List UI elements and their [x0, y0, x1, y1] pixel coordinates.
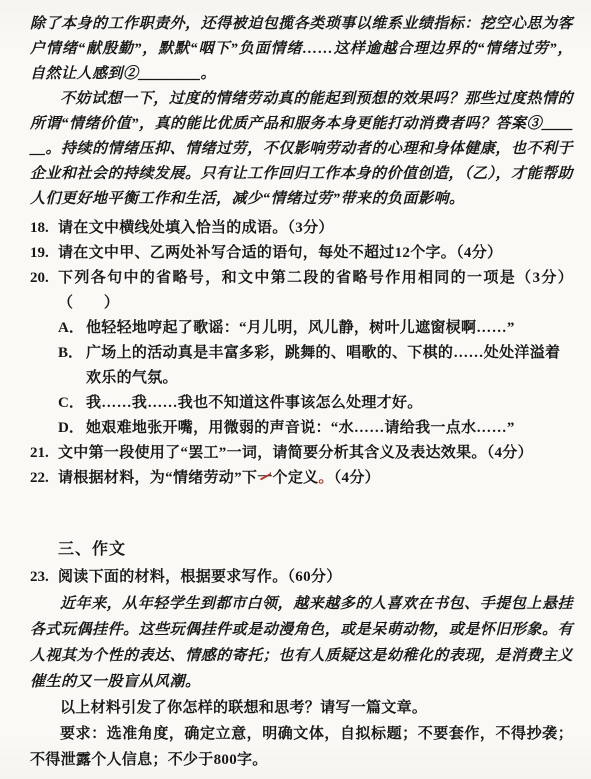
- question-19-text: 请在文中甲、乙两处补写合适的语句，每处不超过12个字。（4分）: [58, 241, 573, 266]
- option-a: A． 他轻轻地哼起了歌谣：“月儿明，风儿静，树叶儿遮窗棂啊……”: [58, 316, 573, 341]
- option-c-text: 我……我……我也不知道这件事该怎么处理才好。: [86, 391, 573, 416]
- option-a-text: 他轻轻地哼起了歌谣：“月儿明，风儿静，树叶儿遮窗棂啊……”: [86, 316, 573, 341]
- essay-section: 三、作文 23. 阅读下面的材料，根据要求写作。（60分） 近年来，从年轻学生到…: [30, 537, 573, 773]
- question-23: 23. 阅读下面的材料，根据要求写作。（60分）: [30, 565, 573, 590]
- question-18: 18. 请在文中横线处填入恰当的成语。（3分）: [30, 216, 573, 241]
- question-18-text: 请在文中横线处填入恰当的成语。（3分）: [58, 216, 573, 241]
- option-b-letter: B．: [58, 341, 86, 366]
- essay-prompt: 以上材料引发了你怎样的联想和思考？请写一篇文章。: [30, 695, 573, 721]
- question-22-text: 请根据材料，为“情绪劳动”下一个定义。（4分）: [58, 466, 573, 491]
- essay-material: 近年来，从年轻学生到都市白领，越来越多的人喜欢在书包、手提包上悬挂各式玩偶挂件。…: [30, 591, 573, 695]
- option-d-text: 她艰难地张开嘴，用微弱的声音说：“水……请给我一点水……”: [86, 416, 573, 441]
- option-a-letter: A．: [58, 316, 86, 341]
- question-21-number: 21.: [30, 441, 58, 466]
- essay-requirements: 要求：选准角度，确定立意，明确文体，自拟标题；不要套作，不得抄袭；不得泄露个人信…: [30, 721, 573, 773]
- option-b-text: 广场上的活动真是丰富多彩，跳舞的、唱歌的、下棋的……处处洋溢着欢乐的气氛。: [86, 341, 573, 391]
- passage-paragraph-2: 不妨试想一下，过度的情绪劳动真的能起到预想的效果吗？那些过度热情的所谓“情绪价值…: [30, 87, 573, 212]
- option-d: D． 她艰难地张开嘴，用微弱的声音说：“水……请给我一点水……”: [58, 416, 573, 441]
- question-22-text-a: 请根据材料，为“情绪劳动”下: [58, 470, 257, 486]
- question-22-ticked-char: 一: [257, 470, 272, 486]
- question-21: 21. 文中第一段使用了“罢工”一词，请简要分析其含义及表达效果。（4分）: [30, 441, 573, 466]
- essay-section-title: 三、作文: [30, 537, 573, 563]
- question-21-text: 文中第一段使用了“罢工”一词，请简要分析其含义及表达效果。（4分）: [58, 441, 573, 466]
- question-22-score: （4分）: [334, 470, 380, 486]
- question-22: 22. 请根据材料，为“情绪劳动”下一个定义。（4分）: [30, 466, 573, 491]
- question-22-number: 22.: [30, 466, 58, 491]
- question-22-text-b: 个定义: [273, 470, 319, 486]
- question-23-text: 阅读下面的材料，根据要求写作。（60分）: [58, 565, 573, 590]
- question-23-number: 23.: [30, 565, 58, 590]
- question-20-options: A． 他轻轻地哼起了歌谣：“月儿明，风儿静，树叶儿遮窗棂啊……” B． 广场上的…: [30, 316, 573, 441]
- question-20-text: 下列各句中的省略号，和文中第二段的省略号作用相同的一项是（3分）（ ）: [58, 266, 573, 316]
- question-19-number: 19.: [30, 241, 58, 266]
- option-d-letter: D．: [58, 416, 86, 441]
- option-b: B． 广场上的活动真是丰富多彩，跳舞的、唱歌的、下棋的……处处洋溢着欢乐的气氛。: [58, 341, 573, 391]
- option-c: C． 我……我……我也不知道这件事该怎么处理才好。: [58, 391, 573, 416]
- exam-page: 除了本身的工作职责外，还得被迫包揽各类琐事以维系业绩指标：挖空心思为客户情绪“献…: [0, 0, 591, 779]
- question-20-number: 20.: [30, 266, 58, 291]
- passage-paragraph-1: 除了本身的工作职责外，还得被迫包揽各类琐事以维系业绩指标：挖空心思为客户情绪“献…: [30, 12, 573, 87]
- question-18-number: 18.: [30, 216, 58, 241]
- option-c-letter: C．: [58, 391, 86, 416]
- red-tick-annotation: 一: [257, 466, 272, 491]
- question-block: 18. 请在文中横线处填入恰当的成语。（3分） 19. 请在文中甲、乙两处补写合…: [30, 216, 573, 491]
- red-period-annotation: 。: [318, 470, 333, 486]
- question-19: 19. 请在文中甲、乙两处补写合适的语句，每处不超过12个字。（4分）: [30, 241, 573, 266]
- question-20: 20. 下列各句中的省略号，和文中第二段的省略号作用相同的一项是（3分）（ ）: [30, 266, 573, 316]
